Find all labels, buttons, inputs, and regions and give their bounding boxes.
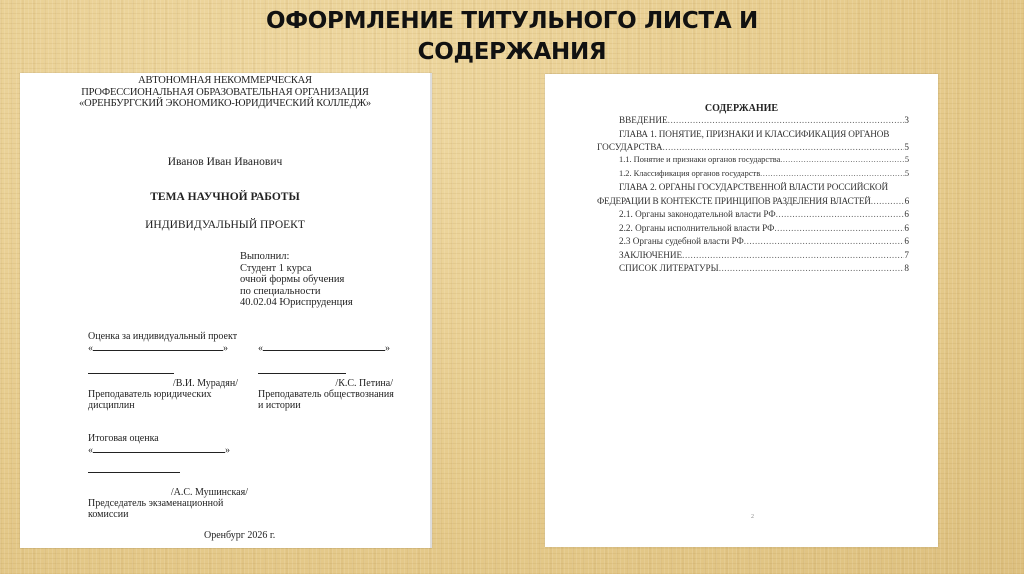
role-line: Председатель экзаменационной [88,498,223,509]
project-type: ИНДИВИДУАЛЬНЫЙ ПРОЕКТ [20,219,430,231]
toc-entry-label: 1.2. Классификация органов государств [619,168,760,180]
slide-title-line-1: ОФОРМЛЕНИЕ ТИТУЛЬНОГО ЛИСТА И [0,6,1024,37]
dot-leader [719,262,905,274]
reviewer-2-role: Преподаватель обществознания и истории [258,389,394,411]
dot-leader [871,195,905,207]
toc-entry: 1.1. Понятие и признаки органов государс… [619,154,909,166]
final-grade-field: «» [88,445,230,456]
chair-name: /А.С. Мушинская/ [88,487,248,498]
toc-entry-page: 8 [904,262,909,274]
toc-entry: 2.2. Органы исполнительной власти РФ 6 [619,222,909,234]
final-grade-label: Итоговая оценка [88,433,159,444]
toc-entry-page: 7 [904,249,909,261]
org-line: АВТОНОМНАЯ НЕКОММЕРЧЕСКАЯ [20,75,430,87]
dot-leader [668,114,905,126]
toc-entry: ГЛАВА 2. ОРГАНЫ ГОСУДАРСТВЕННОЙ ВЛАСТИ Р… [619,181,888,193]
toc-entry-label: 2.3 Органы судебной власти РФ [619,235,744,247]
toc-entry-label: ФЕДЕРАЦИИ В КОНТЕКСТЕ ПРИНЦИПОВ РАЗДЕЛЕН… [597,195,871,207]
toc-heading: СОДЕРЖАНИЕ [545,103,938,114]
signature-line [88,373,174,374]
toc-entry-label: ЗАКЛЮЧЕНИЕ [619,249,682,261]
performed-line: 40.02.04 Юриспруденция [240,297,353,309]
toc-entry-label: ВВЕДЕНИЕ [619,114,668,126]
toc-entry: ГЛАВА 1. ПОНЯТИЕ, ПРИЗНАКИ И КЛАССИФИКАЦ… [619,128,889,140]
toc-entry-page: 3 [904,114,909,126]
dot-leader [760,168,905,180]
performed-line: очной формы обучения [240,274,353,286]
slide-title-line-2: СОДЕРЖАНИЯ [0,37,1024,68]
city-year: Оренбург 2026 г. [204,530,275,541]
slide-title: ОФОРМЛЕНИЕ ТИТУЛЬНОГО ЛИСТА И СОДЕРЖАНИЯ [0,6,1024,68]
performed-by-block: Выполнил: Студент 1 курса очной формы об… [240,251,353,309]
chair-role: Председатель экзаменационной комиссии [88,498,223,520]
toc-entry: 2.1. Органы законодательной власти РФ 6 [619,208,909,220]
dot-leader [780,154,905,166]
toc-entry: 1.2. Классификация органов государств 5 [619,168,909,180]
toc-entry-label: 2.1. Органы законодательной власти РФ [619,208,776,220]
toc-entry-page: 5 [904,141,909,153]
dot-leader [682,249,904,261]
grade-field-2: «» [258,343,390,354]
toc-entry-page: 6 [905,195,909,207]
toc-entry: ФЕДЕРАЦИИ В КОНТЕКСТЕ ПРИНЦИПОВ РАЗДЕЛЕН… [597,195,909,207]
role-line: Преподаватель обществознания [258,389,394,400]
dot-leader [662,141,904,153]
page-number: 2 [751,514,754,520]
title-page-sample: АВТОНОМНАЯ НЕКОММЕРЧЕСКАЯ ПРОФЕССИОНАЛЬН… [20,73,432,548]
organization-name: АВТОНОМНАЯ НЕКОММЕРЧЕСКАЯ ПРОФЕССИОНАЛЬН… [20,75,430,110]
reviewer-2-name: /К.С. Петина/ [258,378,393,389]
dot-leader [776,208,905,220]
dot-leader [744,235,905,247]
toc-entry-page: 5 [905,168,909,180]
quote-open: « [258,343,263,354]
reviewer-1-role: Преподаватель юридических дисциплин [88,389,212,411]
toc-entry: ВВЕДЕНИЕ3 [619,114,909,126]
toc-entry: СПИСОК ЛИТЕРАТУРЫ8 [619,262,909,274]
toc-entry: 2.3 Органы судебной власти РФ 6 [619,235,909,247]
toc-entry-label: 2.2. Органы исполнительной власти РФ [619,222,774,234]
author-name: Иванов Иван Иванович [20,156,430,168]
role-line: и истории [258,400,394,411]
toc-entry-label: 1.1. Понятие и признаки органов государс… [619,154,780,166]
toc-entry-page: 6 [904,235,909,247]
performed-line: Студент 1 курса [240,263,353,275]
org-line: «ОРЕНБУРГСКИЙ ЭКОНОМИКО-ЮРИДИЧЕСКИЙ КОЛЛ… [20,98,430,110]
quote-close: » [225,445,230,456]
work-topic: ТЕМА НАУЧНОЙ РАБОТЫ [20,191,430,203]
org-line: ПРОФЕССИОНАЛЬНАЯ ОБРАЗОВАТЕЛЬНАЯ ОРГАНИЗ… [20,87,430,99]
toc-entry: ГОСУДАРСТВА5 [597,141,909,153]
toc-entry-page: 6 [904,208,909,220]
quote-close: » [223,343,228,354]
role-line: Преподаватель юридических [88,389,212,400]
toc-entry-page: 5 [905,154,909,166]
table-of-contents-sample: СОДЕРЖАНИЕ ВВЕДЕНИЕ3 ГЛАВА 1. ПОНЯТИЕ, П… [545,74,938,547]
blank-line [93,452,225,453]
toc-entry-page: 6 [904,222,909,234]
quote-close: » [385,343,390,354]
grade-label: Оценка за индивидуальный проект [88,331,237,342]
reviewer-1-name: /В.И. Мурадян/ [88,378,238,389]
quote-open: « [88,343,93,354]
dot-leader [774,222,904,234]
signature-line [258,373,346,374]
toc-entry-label: СПИСОК ЛИТЕРАТУРЫ [619,262,719,274]
blank-line [263,350,385,351]
toc-entry-label: ГОСУДАРСТВА [597,141,662,153]
grade-field-1: «» [88,343,228,354]
role-line: дисциплин [88,400,212,411]
performed-line: по специальности [240,286,353,298]
quote-open: « [88,445,93,456]
toc-entry: ЗАКЛЮЧЕНИЕ 7 [619,249,909,261]
performed-line: Выполнил: [240,251,353,263]
blank-line [93,350,223,351]
role-line: комиссии [88,509,223,520]
signature-line [88,472,180,473]
